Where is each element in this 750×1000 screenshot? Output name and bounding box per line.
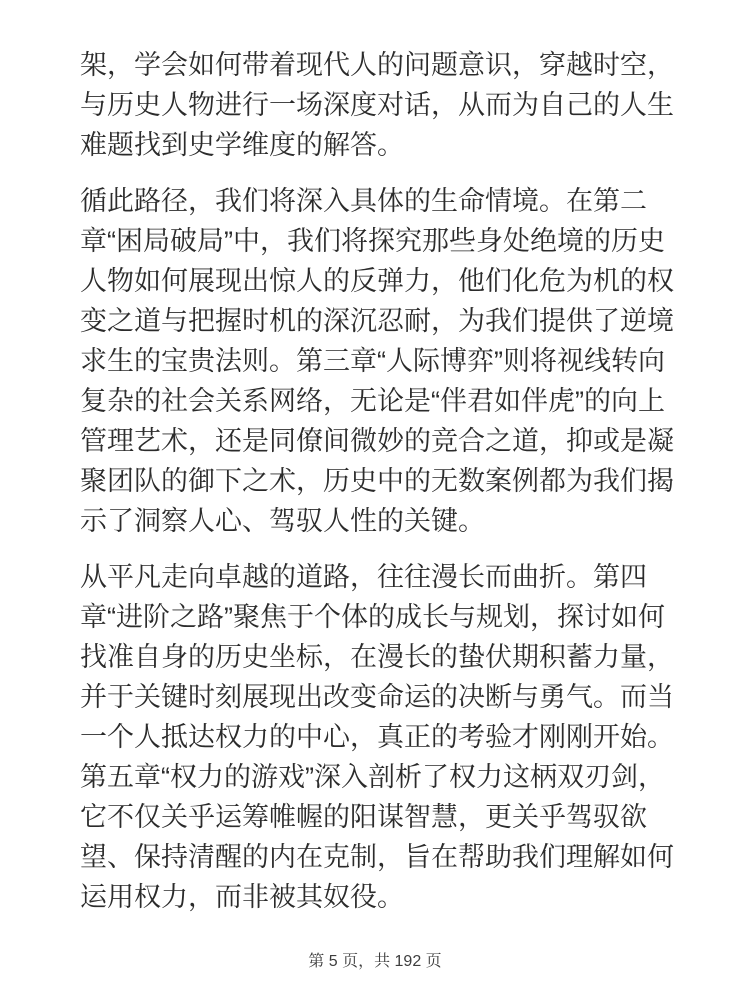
page-content: 架，学会如何带着现代人的问题意识，穿越时空，与历史人物进行一场深度对话，从而为自… xyxy=(80,45,674,933)
body-paragraph: 从平凡走向卓越的道路，往往漫长而曲折。第四章“进阶之路”聚焦于个体的成长与规划，… xyxy=(80,557,674,917)
body-paragraph: 循此路径，我们将深入具体的生命情境。在第二章“困局破局”中，我们将探究那些身处绝… xyxy=(80,181,674,541)
body-paragraph: 架，学会如何带着现代人的问题意识，穿越时空，与历史人物进行一场深度对话，从而为自… xyxy=(80,45,674,165)
page-number-indicator: 第 5 页，共 192 页 xyxy=(308,953,441,970)
page-footer: 第 5 页，共 192 页 xyxy=(0,952,750,972)
document-page: 架，学会如何带着现代人的问题意识，穿越时空，与历史人物进行一场深度对话，从而为自… xyxy=(0,0,750,1000)
